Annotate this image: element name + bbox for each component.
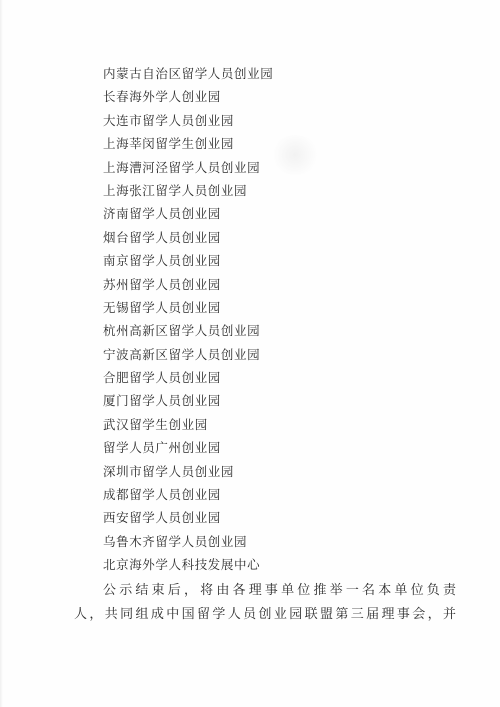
list-item: 乌鲁木齐留学人员创业园 (103, 530, 273, 553)
list-item: 无锡留学人员创业园 (103, 296, 273, 319)
list-item: 大连市留学人员创业园 (103, 109, 273, 132)
list-item: 长春海外学人创业园 (103, 85, 273, 108)
document-page: 内蒙古自治区留学人员创业园 长春海外学人创业园 大连市留学人员创业园 上海莘闵留… (0, 0, 500, 707)
list-item: 西安留学人员创业园 (103, 506, 273, 529)
list-item: 杭州高新区留学人员创业园 (103, 319, 273, 342)
list-item: 内蒙古自治区留学人员创业园 (103, 62, 273, 85)
faint-stamp-mark (270, 135, 320, 175)
list-item: 上海张江留学人员创业园 (103, 179, 273, 202)
list-item: 上海莘闵留学生创业园 (103, 132, 273, 155)
list-item: 宁波高新区留学人员创业园 (103, 343, 273, 366)
list-item: 上海漕河泾留学人员创业园 (103, 156, 273, 179)
closing-paragraph: 公示结束后，将由各理事单位推举一名本单位负责 人，共同组成中国留学人员创业园联盟… (74, 579, 456, 627)
incubator-list: 内蒙古自治区留学人员创业园 长春海外学人创业园 大连市留学人员创业园 上海莘闵留… (103, 62, 273, 577)
paragraph-line-2: 人，共同组成中国留学人员创业园联盟第三届理事会，并 (74, 603, 456, 627)
paragraph-line-1: 公示结束后，将由各理事单位推举一名本单位负责 (103, 579, 456, 603)
list-item: 深圳市留学人员创业园 (103, 460, 273, 483)
list-item: 武汉留学生创业园 (103, 413, 273, 436)
list-item: 成都留学人员创业园 (103, 483, 273, 506)
list-item: 南京留学人员创业园 (103, 249, 273, 272)
list-item: 苏州留学人员创业园 (103, 273, 273, 296)
scan-edge (0, 0, 3, 707)
list-item: 留学人员广州创业园 (103, 436, 273, 459)
list-item: 合肥留学人员创业园 (103, 366, 273, 389)
list-item: 厦门留学人员创业园 (103, 389, 273, 412)
list-item: 济南留学人员创业园 (103, 202, 273, 225)
list-item: 烟台留学人员创业园 (103, 226, 273, 249)
list-item: 北京海外学人科技发展中心 (103, 553, 273, 576)
